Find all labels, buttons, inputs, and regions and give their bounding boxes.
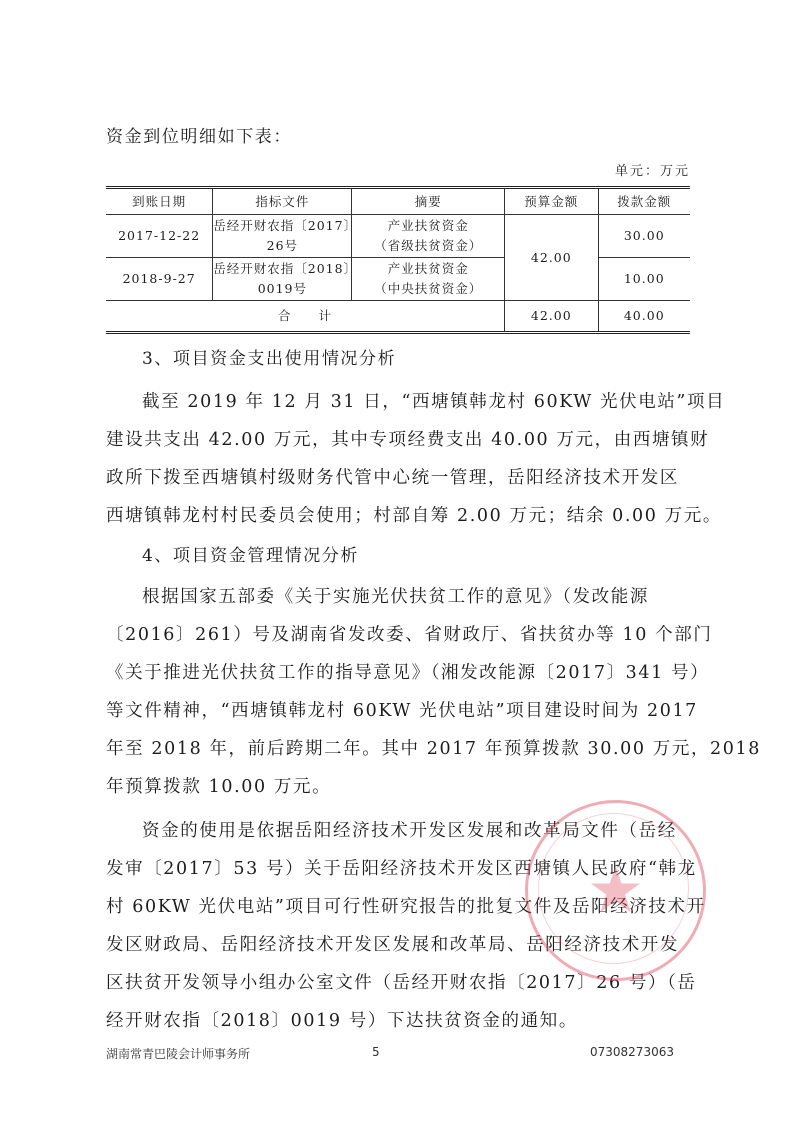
paragraph-line: 建设共支出 42.00 万元，其中专项经费支出 40.00 万元，由西塘镇财	[106, 421, 690, 459]
footer-page-number: 5	[372, 1045, 380, 1059]
paragraph-line: 〔2016〕261）号及湖南省发改委、省财政厅、省扶贫办等 10 个部门	[106, 616, 690, 654]
cell-date: 2017-12-22	[106, 215, 213, 258]
paragraph-line: 等文件精神，“西塘镇韩龙村 60KW 光伏电站”项目建设时间为 2017	[106, 692, 690, 730]
intro-text: 资金到位明细如下表：	[106, 118, 690, 156]
col-doc: 指标文件	[213, 188, 352, 215]
paragraph-line: 年至 2018 年，前后跨期二年。其中 2017 年预算拨款 30.00 万元，…	[106, 730, 690, 768]
section-3-title: 3、项目资金支出使用情况分析	[142, 340, 726, 378]
paragraph-line: 西塘镇韩龙村村民委员会使用；村部自筹 2.00 万元；结余 0.00 万元。	[106, 497, 690, 535]
total-budget: 42.00	[505, 301, 598, 333]
table-header-row: 到账日期 指标文件 摘要 预算金额 拨款金额	[106, 188, 690, 215]
col-budget: 预算金额	[505, 188, 598, 215]
doc-line: 0019号	[213, 279, 351, 299]
cell-allocated: 10.00	[598, 258, 690, 301]
cell-budget-merged: 42.00	[505, 215, 598, 301]
cell-doc: 岳经开财农指〔2018〕0019号	[213, 258, 352, 301]
doc-line: 岳经开财农指〔2018〕	[213, 259, 351, 279]
col-allocated: 拨款金额	[598, 188, 690, 215]
cell-allocated: 30.00	[598, 215, 690, 258]
unit-label: 单元：万元	[615, 160, 690, 179]
section-4-title: 4、项目资金管理情况分析	[142, 537, 726, 575]
cell-summary: 产业扶贫资金（省级扶贫资金）	[352, 215, 505, 258]
cell-doc: 岳经开财农指〔2017〕26号	[213, 215, 352, 258]
footer-phone: 07308273063	[590, 1045, 674, 1059]
summary-line: 产业扶贫资金	[352, 259, 504, 279]
paragraph-line: 《关于推进光伏扶贫工作的指导意见》（湘发改能源〔2017〕341 号）	[106, 654, 690, 692]
table-total-row: 合 计 42.00 40.00	[106, 301, 690, 333]
paragraph-line: 根据国家五部委《关于实施光伏扶贫工作的意见》（发改能源	[142, 578, 726, 616]
cell-date: 2018-9-27	[106, 258, 213, 301]
official-seal-icon: ★	[525, 800, 706, 981]
footer-firm: 湖南常青巴陵会计师事务所	[106, 1045, 250, 1062]
doc-line: 26号	[213, 236, 351, 256]
total-label: 合 计	[106, 301, 505, 333]
paragraph-line: 经开财农指〔2018〕0019 号）下达扶贫资金的通知。	[106, 1002, 690, 1040]
paragraph-line: 截至 2019 年 12 月 31 日，“西塘镇韩龙村 60KW 光伏电站”项目	[142, 383, 726, 421]
paragraph-line: 政所下拨至西塘镇村级财务代管中心统一管理，岳阳经济技术开发区	[106, 459, 690, 497]
table-row: 2018-9-27 岳经开财农指〔2018〕0019号 产业扶贫资金（中央扶贫资…	[106, 258, 690, 301]
col-summary: 摘要	[352, 188, 505, 215]
funding-table: 到账日期 指标文件 摘要 预算金额 拨款金额 2017-12-22 岳经开财农指…	[106, 186, 690, 334]
col-date: 到账日期	[106, 188, 213, 215]
total-allocated: 40.00	[598, 301, 690, 333]
table-row: 2017-12-22 岳经开财农指〔2017〕26号 产业扶贫资金（省级扶贫资金…	[106, 215, 690, 258]
cell-summary: 产业扶贫资金（中央扶贫资金）	[352, 258, 505, 301]
doc-line: 岳经开财农指〔2017〕	[213, 216, 351, 236]
summary-line: 产业扶贫资金	[352, 216, 504, 236]
summary-line: （省级扶贫资金）	[352, 236, 504, 256]
summary-line: （中央扶贫资金）	[352, 279, 504, 299]
